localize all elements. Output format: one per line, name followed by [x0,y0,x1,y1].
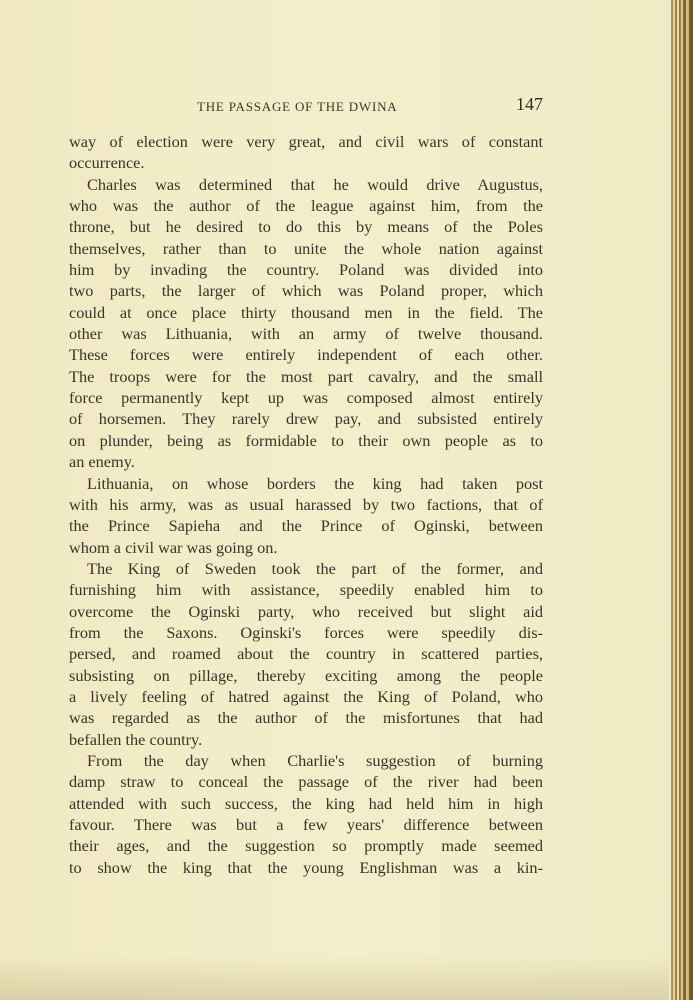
text-line: The troops were for the most part cavalr… [69,366,543,387]
text-line: throne, but he desired to do this by mea… [69,216,543,237]
text-line: with his army, was as usual harassed by … [69,494,543,515]
text-line: the Prince Sapieha and the Prince of Ogi… [69,515,543,536]
text-line: occurrence. [69,152,543,173]
text-line: an enemy. [69,451,543,472]
text-line: two parts, the larger of which was Polan… [69,280,543,301]
text-line: him by invading the country. Poland was … [69,259,543,280]
text-line: on plunder, being as formidable to their… [69,430,543,451]
body-text: way of election were very great, and civ… [69,131,543,878]
text-line: their ages, and the suggestion so prompt… [69,835,543,856]
text-line: persed, and roamed about the country in … [69,643,543,664]
page-number: 147 [516,94,543,115]
text-line: From the day when Charlie's suggestion o… [69,750,543,771]
text-line: could at once place thirty thousand men … [69,302,543,323]
text-line: to show the king that the young Englishm… [69,857,543,878]
text-line: force permanently kept up was composed a… [69,387,543,408]
text-line: attended with such success, the king had… [69,793,543,814]
book-page: THE PASSAGE OF THE DWINA 147 way of elec… [0,0,693,1000]
text-line: subsisting on pillage, thereby exciting … [69,665,543,686]
text-line: The King of Sweden took the part of the … [69,558,543,579]
chapter-title: THE PASSAGE OF THE DWINA [197,99,398,115]
text-line: damp straw to conceal the passage of the… [69,771,543,792]
text-line: These forces were entirely independent o… [69,344,543,365]
text-line: from the Saxons. Oginski's forces were s… [69,622,543,643]
text-line: favour. There was but a few years' diffe… [69,814,543,835]
book-spine-edge [669,0,693,1000]
text-line: way of election were very great, and civ… [69,131,543,152]
text-line: Charles was determined that he would dri… [69,174,543,195]
text-line: was regarded as the author of the misfor… [69,707,543,728]
text-line: other was Lithuania, with an army of twe… [69,323,543,344]
running-header: THE PASSAGE OF THE DWINA 147 [195,95,545,115]
text-line: a lively feeling of hatred against the K… [69,686,543,707]
text-line: overcome the Oginski party, who received… [69,601,543,622]
text-line: befallen the country. [69,729,543,750]
text-line: Lithuania, on whose borders the king had… [69,473,543,494]
text-line: of horsemen. They rarely drew pay, and s… [69,408,543,429]
text-line: themselves, rather than to unite the who… [69,238,543,259]
text-line: furnishing him with assistance, speedily… [69,579,543,600]
text-line: who was the author of the league against… [69,195,543,216]
text-line: whom a civil war was going on. [69,537,543,558]
